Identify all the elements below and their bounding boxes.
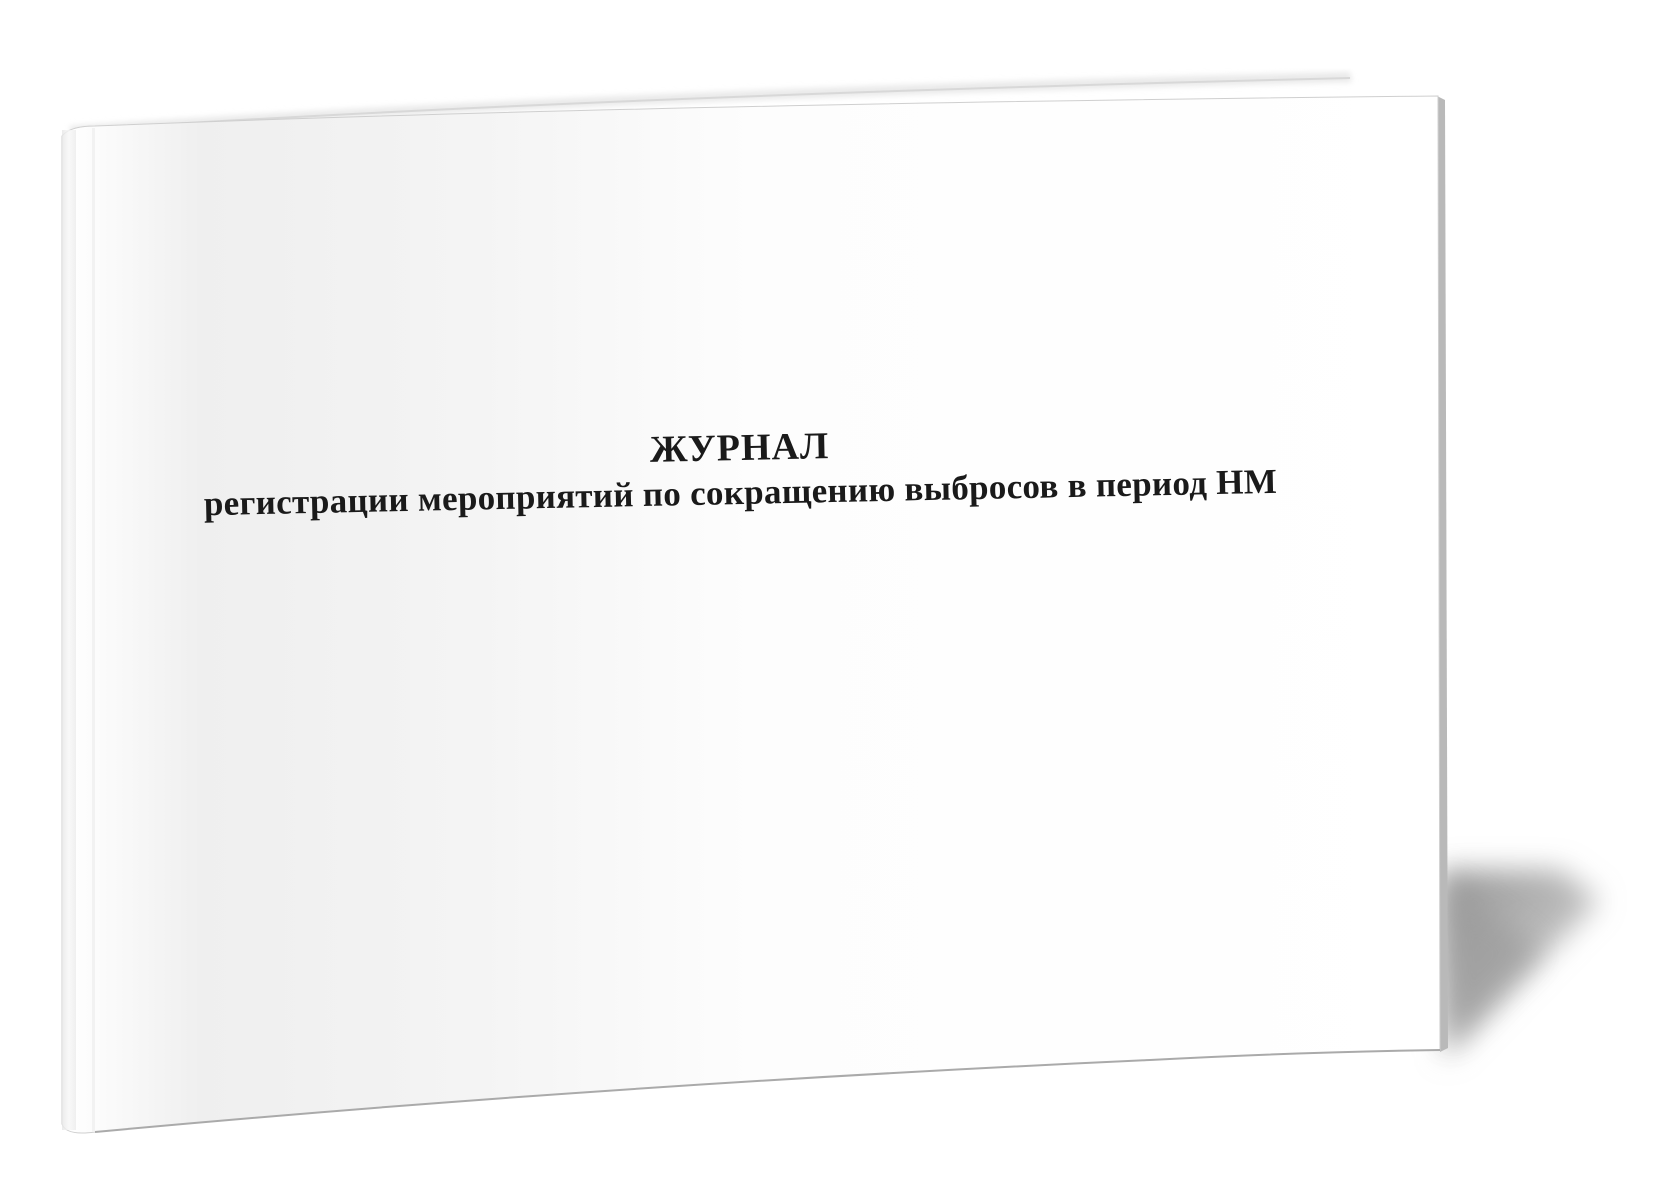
cover-body (62, 96, 1440, 1133)
cast-shadow (1440, 870, 1600, 1060)
booklet-illustration (0, 0, 1657, 1200)
spine-highlight (62, 130, 76, 1130)
product-photo: ЖУРНАЛ регистрации мероприятий по сокращ… (0, 0, 1657, 1200)
